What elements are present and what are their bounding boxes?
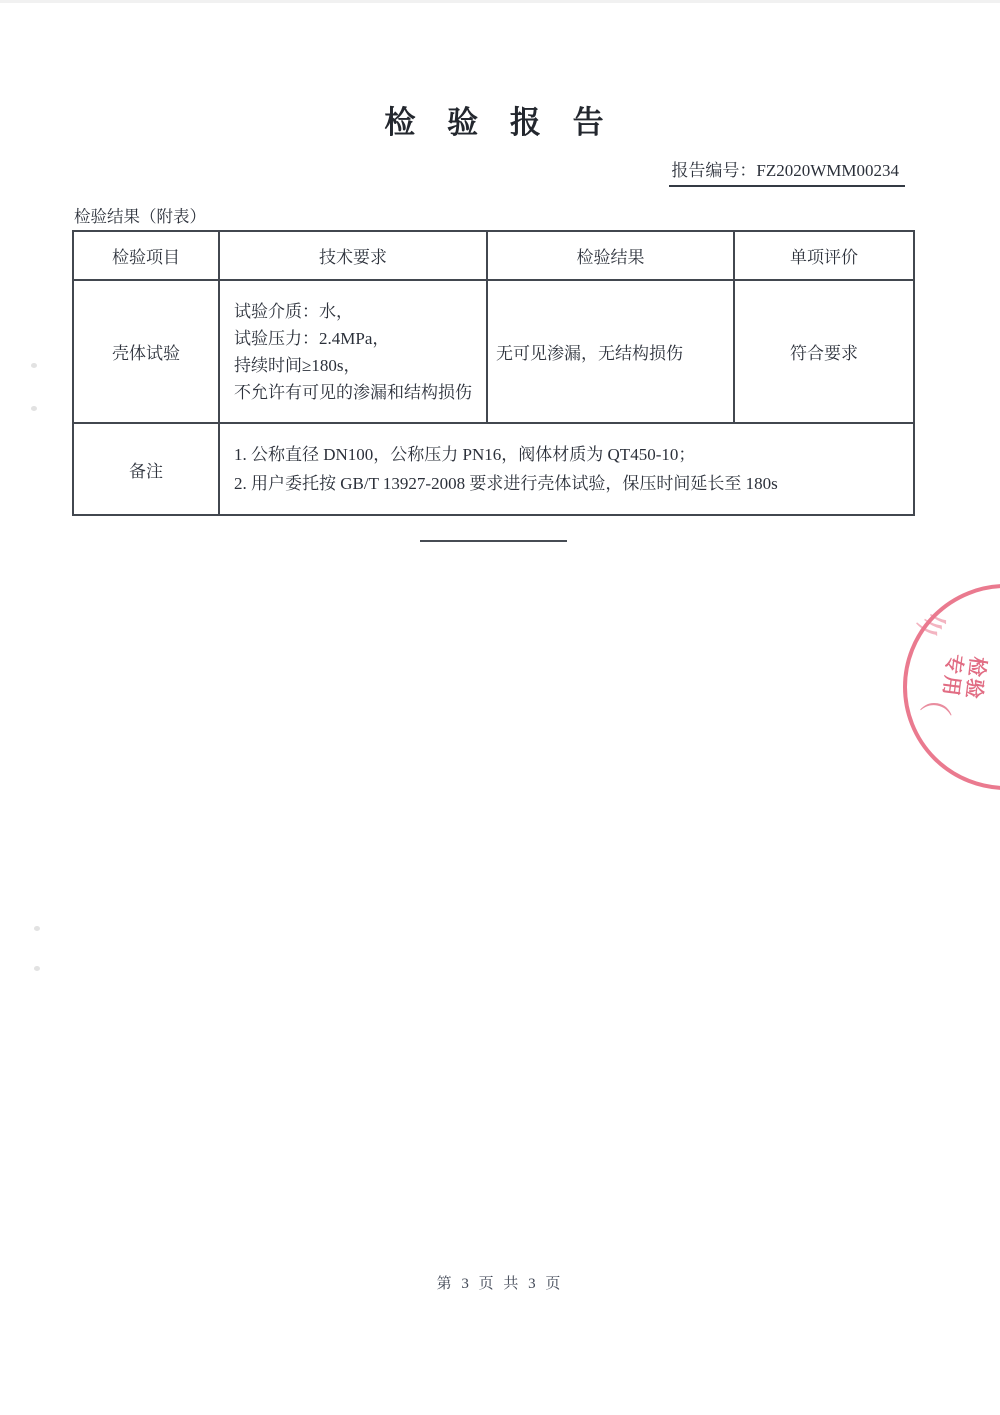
margin-mark — [31, 363, 37, 368]
table-row: 壳体试验 试验介质：水， 试验压力：2.4MPa， 持续时间≥180s， 不允许… — [73, 280, 914, 423]
header-technical-requirements: 技术要求 — [219, 231, 487, 280]
red-seal-stamp: 彡 （ 检验 专用 — [903, 584, 1000, 790]
margin-mark — [34, 926, 40, 931]
cell-item: 壳体试验 — [73, 280, 219, 423]
remarks-content: 1. 公称直径 DN100，公称压力 PN16，阀体材质为 QT450-10； … — [219, 423, 914, 515]
report-number: 报告编号：FZ2020WMM00234 — [669, 156, 905, 187]
scan-top-edge-shadow — [0, 0, 1000, 3]
header-inspection-item: 检验项目 — [73, 231, 219, 280]
margin-mark — [31, 406, 37, 411]
report-number-label: 报告编号： — [671, 161, 756, 180]
requirement-line: 持续时间≥180s， — [234, 352, 482, 379]
requirement-line: 试验压力：2.4MPa， — [234, 325, 482, 352]
page-number-footer: 第 3 页 共 3 页 — [0, 1272, 1000, 1293]
cell-requirements: 试验介质：水， 试验压力：2.4MPa， 持续时间≥180s， 不允许有可见的渗… — [219, 280, 487, 423]
header-inspection-result: 检验结果 — [487, 231, 734, 280]
requirement-line: 试验介质：水， — [234, 298, 482, 325]
remarks-label: 备注 — [73, 423, 219, 515]
requirement-line: 不允许有可见的渗漏和结构损伤 — [234, 379, 482, 406]
remarks-line: 2. 用户委托按 GB/T 13927-2008 要求进行壳体试验，保压时间延长… — [234, 469, 907, 498]
stamp-characters: 检验 专用 — [937, 652, 988, 701]
page-title: 检 验 报 告 — [0, 97, 1000, 142]
remarks-line: 1. 公称直径 DN100，公称压力 PN16，阀体材质为 QT450-10； — [234, 440, 907, 469]
stamp-flourish-strokes: 彡 — [909, 601, 958, 647]
table-header-row: 检验项目 技术要求 检验结果 单项评价 — [73, 231, 914, 280]
report-number-value: FZ2020WMM00234 — [756, 161, 899, 180]
header-individual-evaluation: 单项评价 — [734, 231, 914, 280]
margin-mark — [34, 966, 40, 971]
end-of-report-divider — [420, 540, 567, 542]
section-label: 检验结果（附表） — [74, 203, 206, 227]
cell-result: 无可见渗漏，无结构损伤 — [487, 280, 734, 423]
cell-evaluation: 符合要求 — [734, 280, 914, 423]
remarks-row: 备注 1. 公称直径 DN100，公称压力 PN16，阀体材质为 QT450-1… — [73, 423, 914, 515]
inspection-results-table: 检验项目 技术要求 检验结果 单项评价 壳体试验 试验介质：水， 试验压力：2.… — [72, 230, 915, 516]
